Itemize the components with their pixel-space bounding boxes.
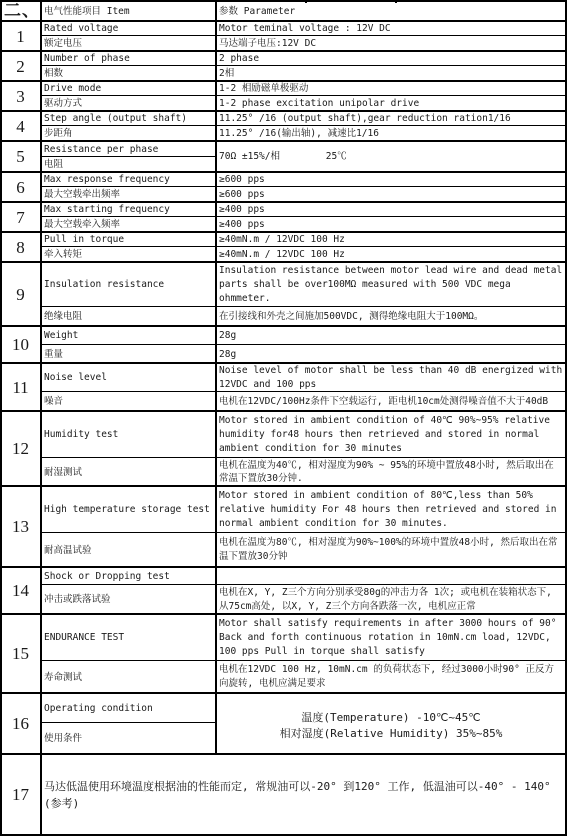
row-divider [0, 362, 567, 364]
item-en: Drive mode [41, 81, 216, 96]
item-zh: 额定电压 [41, 36, 216, 51]
subrow-divider [41, 344, 566, 345]
row-divider [0, 325, 567, 327]
subrow-divider [41, 306, 566, 307]
param-en: Noise level of motor shall be less than … [216, 363, 566, 392]
row-number: 1 [0, 21, 41, 51]
row-divider [0, 171, 567, 173]
item-zh: 电阻 [41, 157, 216, 172]
param-en [216, 567, 566, 585]
param-en: Motor teminal voltage : 12V DC [216, 21, 566, 36]
param-zh: ≥400 pps [216, 217, 566, 232]
subrow-divider [41, 95, 566, 96]
param-zh: 电机在温度为40℃, 相对湿度为90% ~ 95%的环境中置放48小时, 然后取… [216, 458, 566, 486]
param-en: 28g [216, 326, 566, 345]
subrow-divider [41, 125, 566, 126]
row-number: 6 [0, 172, 41, 202]
row-number: 9 [0, 262, 41, 326]
item-en: Insulation resistance [41, 262, 216, 307]
row-number: 7 [0, 202, 41, 232]
item-zh: 耐湿测试 [41, 458, 216, 486]
subrow-divider [41, 186, 566, 187]
item-zh: 步距角 [41, 126, 216, 141]
param-en: ≥600 pps [216, 172, 566, 187]
item-en: Step angle (output shaft) [41, 111, 216, 126]
item-zh: 最大空载牵出频率 [41, 187, 216, 202]
subrow-divider [41, 35, 566, 36]
item-zh: 冲击或跌落试验 [41, 585, 216, 614]
row-number: 15 [0, 614, 41, 693]
row-divider [0, 110, 567, 112]
row-divider [0, 566, 567, 568]
row-divider [0, 261, 567, 263]
subrow-divider [41, 246, 566, 247]
row-number: 11 [0, 363, 41, 411]
item-zh: 重量 [41, 345, 216, 363]
subrow-divider [41, 584, 566, 585]
param-en: ≥40mN.m / 12VDC 100 Hz [216, 232, 566, 247]
temperature-range: 温度(Temperature) -10℃~45℃ [301, 710, 480, 726]
row-divider [0, 201, 567, 203]
row-number: 10 [0, 326, 41, 363]
item-en: ENDURANCE TEST [41, 614, 216, 661]
row-number: 14 [0, 567, 41, 614]
item-en: Max starting frequency [41, 202, 216, 217]
row-number: 17 [0, 754, 41, 835]
item-en: Max response frequency [41, 172, 216, 187]
item-zh: 绝缘电阻 [41, 307, 216, 326]
humidity-range: 相对湿度(Relative Humidity) 35%~85% [280, 726, 503, 742]
operating-condition-params: 温度(Temperature) -10℃~45℃ 相对湿度(Relative H… [216, 693, 566, 754]
item-zh: 驱动方式 [41, 96, 216, 111]
subrow-divider [41, 65, 566, 66]
param-zh: ≥40mN.m / 12VDC 100 Hz [216, 247, 566, 262]
param-zh: 28g [216, 345, 566, 363]
row-number: 3 [0, 81, 41, 111]
row-divider [0, 485, 567, 487]
param-zh: 电机在12VDC/100Hz条件下空载运行, 距电机10cm处测得噪音值不大于4… [216, 392, 566, 411]
row-divider [0, 692, 567, 694]
item-column-header: 电气性能项目 Item [41, 2, 216, 21]
divider-col2 [215, 0, 217, 754]
item-en: Operating condition [41, 693, 216, 723]
row-divider [0, 50, 567, 52]
item-zh: 使用条件 [41, 723, 216, 754]
item-en: High temperature storage test [41, 486, 216, 533]
row-number: 16 [0, 693, 41, 754]
item-zh: 最大空载牵入频率 [41, 217, 216, 232]
param-en: 2 phase [216, 51, 566, 66]
param-en: Motor stored in ambient condition of 40℃… [216, 411, 566, 458]
subrow-divider [41, 156, 216, 157]
row-divider [0, 231, 567, 233]
item-zh: 相数 [41, 66, 216, 81]
item-en: Noise level [41, 363, 216, 392]
row-divider [0, 80, 567, 82]
item-zh: 寿命测试 [41, 661, 216, 693]
item-en: Resistance per phase [41, 141, 216, 157]
electrical-performance-table: 二、 电气性能项目 Item 参数 Parameter 1 Rated volt… [0, 0, 569, 838]
param-en: 1-2 相励磁单极驱动 [216, 81, 566, 96]
item-zh: 牵入转矩 [41, 247, 216, 262]
border-left [0, 0, 2, 836]
section-number: 二、 [0, 2, 41, 21]
param-resistance: 70Ω ±15%/相 25℃ [216, 141, 566, 172]
item-zh: 耐高温试验 [41, 533, 216, 567]
param-en: 11.25° /16 (output shaft),gear reduction… [216, 111, 566, 126]
param-zh: 11.25° /16(输出轴), 减速比1/16 [216, 126, 566, 141]
subrow-divider [41, 457, 566, 458]
row-divider [0, 613, 567, 615]
row-divider [0, 140, 567, 142]
border-bottom [0, 834, 567, 836]
oil-temperature-note: 马达低温使用环境温度根据油的性能而定, 常规油可以-20° 到120° 工作, … [41, 754, 566, 835]
row-divider [0, 753, 567, 755]
subrow-divider [41, 391, 566, 392]
subrow-divider [41, 532, 566, 533]
row-number: 4 [0, 111, 41, 141]
row-number: 8 [0, 232, 41, 262]
param-zh: 电机在12VDC 100 Hz, 10mN.cm 的负荷状态下, 经过3000小… [216, 661, 566, 693]
parameter-column-header: 参数 Parameter [216, 2, 566, 21]
param-zh: 电机在X, Y, Z三个方向分别承受80g的冲击力各 1次; 或电机在装箱状态下… [216, 585, 566, 614]
subrow-divider [41, 216, 566, 217]
param-zh: 1-2 phase excitation unipolar drive [216, 96, 566, 111]
param-zh: 在引接线和外壳之间施加500VDC, 测得绝缘电阻大于100MΩ。 [216, 307, 566, 326]
item-en: Number of phase [41, 51, 216, 66]
item-en: Rated voltage [41, 21, 216, 36]
row-divider [0, 20, 567, 22]
item-en: Pull in torque [41, 232, 216, 247]
item-zh: 噪音 [41, 392, 216, 411]
param-zh: 2相 [216, 66, 566, 81]
param-en: Insulation resistance between motor lead… [216, 262, 566, 307]
param-en: Motor stored in ambient condition of 80℃… [216, 486, 566, 533]
row-number: 5 [0, 141, 41, 172]
border-top [0, 0, 567, 2]
row-number: 2 [0, 51, 41, 81]
param-en: ≥400 pps [216, 202, 566, 217]
item-en: Shock or Dropping test [41, 567, 216, 585]
param-en: Motor shall satisfy requirements in afte… [216, 614, 566, 661]
param-zh: 电机在温度为80℃, 相对湿度为90%~100%的环境中置放48小时, 然后取出… [216, 533, 566, 567]
item-en: Humidity test [41, 411, 216, 458]
row-number: 13 [0, 486, 41, 567]
item-en: Weight [41, 326, 216, 345]
param-zh: 马达端子电压:12V DC [216, 36, 566, 51]
subrow-divider [41, 660, 566, 661]
row-divider [0, 410, 567, 412]
subrow-divider [41, 722, 216, 723]
row-number: 12 [0, 411, 41, 486]
param-zh: ≥600 pps [216, 187, 566, 202]
